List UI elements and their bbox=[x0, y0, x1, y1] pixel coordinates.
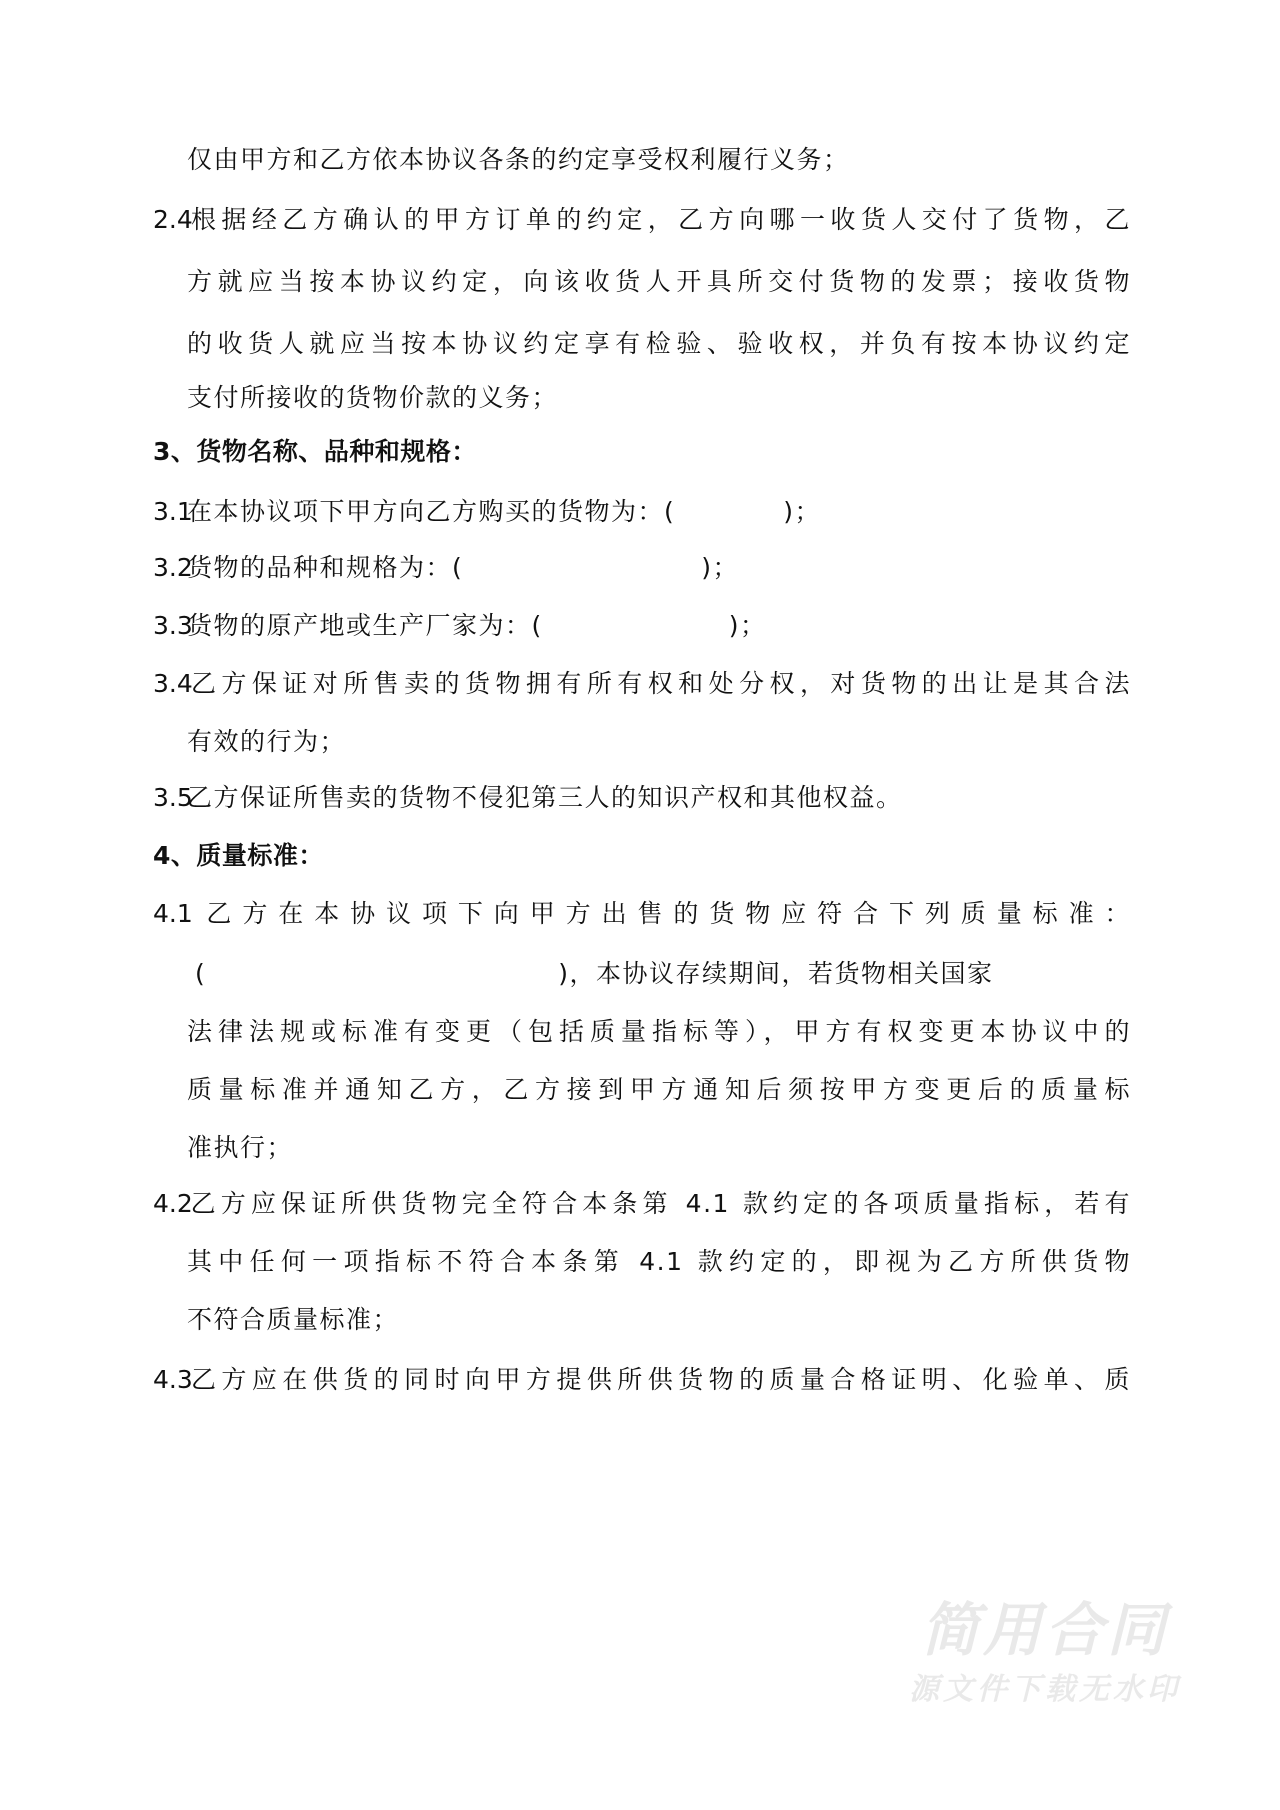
clause-number: 3.4 bbox=[153, 664, 187, 704]
paragraph-line: 的收货人就应当按本协议约定享有检验、验收权，并负有按本协议约定 bbox=[187, 324, 1131, 364]
heading-text: 4、质量标准： bbox=[153, 841, 324, 870]
clause-3-1: 3.1在本协议项下甲方向乙方购买的货物为：()； bbox=[153, 492, 1131, 532]
paragraph-line: 其中任何一项指标不符合本条第 4.1 款约定的，即视为乙方所供货物 bbox=[187, 1242, 1131, 1282]
line-text: 乙方保证所售卖的货物不侵犯第三人的知识产权和其他权益。 bbox=[187, 783, 903, 812]
watermark-logo-text: 简用合同 bbox=[880, 1595, 1210, 1665]
line-text: 货物的原产地或生产厂家为：( bbox=[187, 611, 543, 640]
clause-3-4: 3.4乙方保证对所售卖的货物拥有所有权和处分权，对货物的出让是其合法 bbox=[153, 664, 1131, 704]
line-text: ( bbox=[187, 959, 206, 988]
line-tail: )； bbox=[783, 497, 821, 526]
line-text: 仅由甲方和乙方依本协议各条的约定享受权利履行义务； bbox=[187, 145, 850, 174]
line-text: 不符合质量标准； bbox=[187, 1305, 399, 1334]
clause-number: 2.4 bbox=[153, 200, 187, 240]
clause-3-2: 3.2货物的品种和规格为：()； bbox=[153, 548, 1131, 588]
section-heading-3: 3、货物名称、品种和规格： bbox=[153, 432, 1131, 472]
line-text: 乙方保证对所售卖的货物拥有所有权和处分权，对货物的出让是其合法 bbox=[187, 669, 1131, 698]
watermark: 简用合同 源文件下载无水印 bbox=[880, 1595, 1210, 1715]
paragraph-line: 不符合质量标准； bbox=[187, 1300, 1131, 1340]
line-tail: )，本协议存续期间，若货物相关国家 bbox=[558, 959, 993, 988]
line-text: 准执行； bbox=[187, 1133, 293, 1162]
paragraph-line: 有效的行为； bbox=[187, 722, 1131, 762]
paragraph-line: ()，本协议存续期间，若货物相关国家 bbox=[187, 954, 1131, 994]
paragraph-line: 方就应当按本协议约定，向该收货人开具所交付货物的发票；接收货物 bbox=[187, 262, 1131, 302]
line-text: 在本协议项下甲方向乙方购买的货物为：( bbox=[187, 497, 675, 526]
paragraph-line: 质量标准并通知乙方，乙方接到甲方通知后须按甲方变更后的质量标 bbox=[187, 1070, 1131, 1110]
document-page: 仅由甲方和乙方依本协议各条的约定享受权利履行义务； 2.4根据经乙方确认的甲方订… bbox=[0, 0, 1280, 1810]
clause-number: 3.1 bbox=[153, 492, 187, 532]
clause-number: 3.5 bbox=[153, 778, 187, 818]
line-text: 质量标准并通知乙方，乙方接到甲方通知后须按甲方变更后的质量标 bbox=[187, 1075, 1131, 1104]
section-heading-4: 4、质量标准： bbox=[153, 836, 1131, 876]
heading-text: 3、货物名称、品种和规格： bbox=[153, 437, 477, 466]
clause-4-2: 4.2乙方应保证所供货物完全符合本条第 4.1 款约定的各项质量指标，若有 bbox=[153, 1184, 1131, 1224]
line-text: 货物的品种和规格为：( bbox=[187, 553, 463, 582]
line-text: 其中任何一项指标不符合本条第 4.1 款约定的，即视为乙方所供货物 bbox=[187, 1247, 1131, 1276]
clause-number: 4.3 bbox=[153, 1360, 187, 1400]
clause-3-3: 3.3货物的原产地或生产厂家为：()； bbox=[153, 606, 1131, 646]
watermark-subtitle: 源文件下载无水印 bbox=[880, 1665, 1210, 1715]
paragraph-line: 仅由甲方和乙方依本协议各条的约定享受权利履行义务； bbox=[187, 140, 1131, 180]
paragraph-line: 支付所接收的货物价款的义务； bbox=[187, 378, 1131, 418]
clause-4-3: 4.3乙方应在供货的同时向甲方提供所供货物的质量合格证明、化验单、质 bbox=[153, 1360, 1131, 1400]
clause-number: 4.2 bbox=[153, 1184, 187, 1224]
line-text: 支付所接收的货物价款的义务； bbox=[187, 383, 558, 412]
line-text: 法律法规或标准有变更（包括质量指标等），甲方有权变更本协议中的 bbox=[187, 1017, 1131, 1046]
line-text: 乙方在本协议项下向甲方出售的货物应符合下列质量标准： bbox=[197, 899, 1131, 928]
clause-number: 4.1 bbox=[153, 894, 197, 934]
line-text: 的收货人就应当按本协议约定享有检验、验收权，并负有按本协议约定 bbox=[187, 329, 1131, 358]
line-tail: )； bbox=[729, 611, 767, 640]
line-tail: )； bbox=[701, 553, 739, 582]
clause-2-4: 2.4根据经乙方确认的甲方订单的约定，乙方向哪一收货人交付了货物，乙 bbox=[153, 200, 1131, 240]
clause-4-1: 4.1乙方在本协议项下向甲方出售的货物应符合下列质量标准： bbox=[153, 894, 1131, 934]
paragraph-line: 法律法规或标准有变更（包括质量指标等），甲方有权变更本协议中的 bbox=[187, 1012, 1131, 1052]
line-text: 乙方应在供货的同时向甲方提供所供货物的质量合格证明、化验单、质 bbox=[187, 1365, 1131, 1394]
line-text: 方就应当按本协议约定，向该收货人开具所交付货物的发票；接收货物 bbox=[187, 267, 1131, 296]
paragraph-line: 准执行； bbox=[187, 1128, 1131, 1168]
clause-number: 3.3 bbox=[153, 606, 187, 646]
clause-number: 3.2 bbox=[153, 548, 187, 588]
line-text: 有效的行为； bbox=[187, 727, 346, 756]
clause-3-5: 3.5乙方保证所售卖的货物不侵犯第三人的知识产权和其他权益。 bbox=[153, 778, 1131, 818]
line-text: 根据经乙方确认的甲方订单的约定，乙方向哪一收货人交付了货物，乙 bbox=[187, 205, 1131, 234]
line-text: 乙方应保证所供货物完全符合本条第 4.1 款约定的各项质量指标，若有 bbox=[187, 1189, 1131, 1218]
